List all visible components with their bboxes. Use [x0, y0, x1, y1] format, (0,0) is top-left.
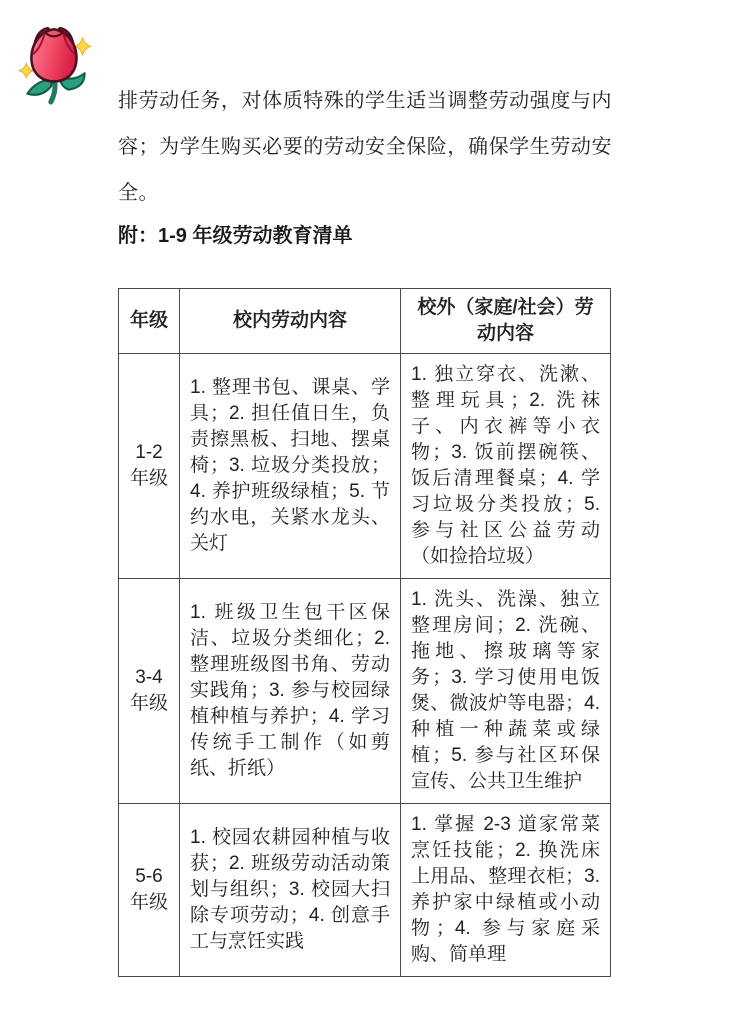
column-header-out-of-school: 校外（家庭/社会）劳动内容 — [401, 289, 611, 354]
attachment-heading: 附：1-9 年级劳动教育清单 — [118, 222, 612, 250]
labor-education-table: 年级 校内劳动内容 校外（家庭/社会）劳动内容 1-2 年级 1. 整理书包、课… — [118, 288, 611, 977]
grade-label: 年级 — [121, 466, 177, 492]
grade-cell: 1-2 年级 — [119, 354, 180, 579]
table-row-grade-3-4: 3-4 年级 1. 班级卫生包干区保洁、垃圾分类细化；2. 整理班级图书角、劳动… — [119, 579, 611, 804]
table-row-grade-5-6: 5-6 年级 1. 校园农耕园种植与收获；2. 班级劳动活动策划与组织；3. 校… — [119, 804, 611, 977]
out-of-school-cell: 1. 独立穿衣、洗漱、整理玩具；2. 洗袜子、内衣裤等小衣物；3. 饭前摆碗筷、… — [401, 354, 611, 579]
in-school-cell: 1. 整理书包、课桌、学具；2. 担任值日生，负责擦黑板、扫地、摆桌椅；3. 垃… — [180, 354, 401, 579]
out-of-school-cell: 1. 掌握 2-3 道家常菜烹饪技能；2. 换洗床上用品、整理衣柜；3. 养护家… — [401, 804, 611, 977]
document-page: { "decoration": { "icon": "rose-sparkles… — [0, 0, 730, 1024]
grade-range: 5-6 — [121, 864, 177, 890]
in-school-cell: 1. 校园农耕园种植与收获；2. 班级劳动活动策划与组织；3. 校园大扫除专项劳… — [180, 804, 401, 977]
column-header-grade: 年级 — [119, 289, 180, 354]
grade-range: 3-4 — [121, 665, 177, 691]
out-of-school-cell: 1. 洗头、洗澡、独立整理房间；2. 洗碗、拖地、擦玻璃等家务；3. 学习使用电… — [401, 579, 611, 804]
document-body: 排劳动任务，对体质特殊的学生适当调整劳动强度与内容；为学生购买必要的劳动安全保险… — [118, 0, 612, 977]
grade-range: 1-2 — [121, 440, 177, 466]
grade-label: 年级 — [121, 890, 177, 916]
in-school-cell: 1. 班级卫生包干区保洁、垃圾分类细化；2. 整理班级图书角、劳动实践角；3. … — [180, 579, 401, 804]
grade-cell: 3-4 年级 — [119, 579, 180, 804]
intro-paragraph: 排劳动任务，对体质特殊的学生适当调整劳动强度与内容；为学生购买必要的劳动安全保险… — [118, 78, 612, 216]
rose-sparkles-sticker — [16, 20, 96, 106]
rose-icon — [16, 20, 96, 106]
column-header-in-school: 校内劳动内容 — [180, 289, 401, 354]
grade-label: 年级 — [121, 691, 177, 717]
grade-cell: 5-6 年级 — [119, 804, 180, 977]
table-header-row: 年级 校内劳动内容 校外（家庭/社会）劳动内容 — [119, 289, 611, 354]
table-row-grade-1-2: 1-2 年级 1. 整理书包、课桌、学具；2. 担任值日生，负责擦黑板、扫地、摆… — [119, 354, 611, 579]
